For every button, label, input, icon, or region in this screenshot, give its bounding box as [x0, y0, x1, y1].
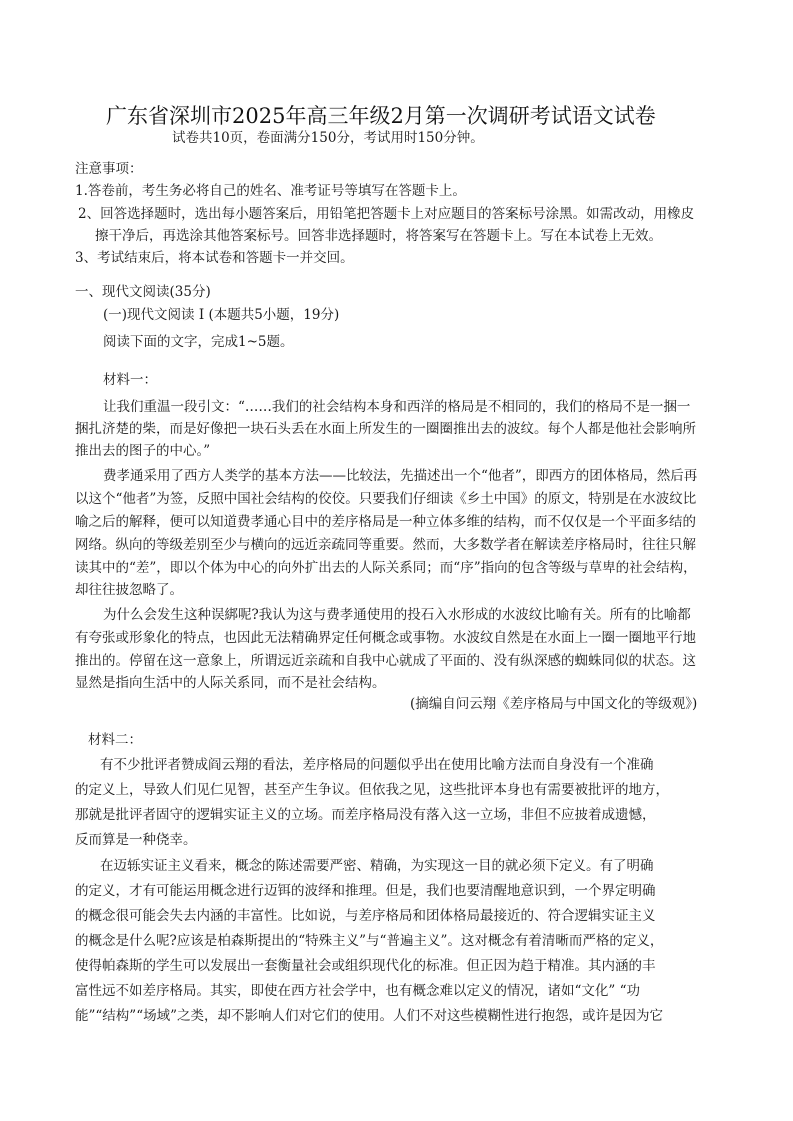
paragraph-line: 的定义，才有可能运用概念进行迈铒的波绎和推理。但是，我们也要清醒地意识到，一个界… — [75, 882, 656, 900]
paragraph-line: 能”“结构”“场域”之类，却不影响人们对它们的使用。人们不对这些模糊性进行抱怨，… — [75, 1007, 663, 1025]
paragraph-line: 推出的。停留在这一意象上，所谓远近亲疏和自我中心就成了平面的、没有纵深感的蜘蛛同… — [75, 652, 696, 670]
paragraph-line: 的概念很可能会失去内涵的丰富性。比如说，与差序格局和团体格局最接近的、符合逻辑实… — [75, 907, 656, 925]
paragraph-line: 的定义上，导致人们见仁见智，甚至产生争议。但依我之见，这些批评本身也有需要被批评… — [75, 781, 669, 799]
paragraph-line: 显然是指向生活中的人际关系同，而不是社会结构。 — [75, 674, 386, 692]
material-source: (摘编自问云翔《差序格局与中国文化的等级观》) — [410, 695, 697, 713]
paragraph-line: 以这个“他者”为签，反照中国社会结构的佼佼。只要我们仔细读《乡土中国》的原文，特… — [75, 490, 696, 508]
paragraph-line: 的概念是什么呢?应该是柏森斯提出的“特殊主义”与“普遍主义”。这对概念有着清晰而… — [75, 932, 663, 950]
notice-item: 3、考试结束后，将本试卷和答题卡一并交回。 — [75, 249, 354, 267]
paragraph-line: 那就是批评者固守的逻辑实证主义的立场。而差序格局没有落入这一立场，非但不应披着成… — [75, 806, 656, 824]
paragraph-line: 富性远不如差序格局。其实，即使在西方社会学中，也有概念难以定义的情况，诸如“文化… — [75, 982, 640, 1000]
paragraph-line: 为什么会发生这种误綁呢?我认为这与费孝通使用的投石入水形成的水波纹比喻有关。所有… — [103, 606, 691, 624]
section-heading: 一、现代文阅读(35分) — [75, 283, 211, 301]
material-label: 材料二： — [88, 731, 142, 749]
section-subheading: (一)现代文阅读 I (本题共5小题，19分) — [103, 306, 339, 324]
paragraph-line: 使得帕森斯的学生可以发展出一套衡量社会或组织现代化的标准。但正因为趋于精准。其内… — [75, 957, 656, 975]
paragraph-line: 喻之后的解释，便可以知道费孝通心目中的差序格局是一种立体多维的结构，而不仅仅是一… — [75, 513, 696, 531]
paragraph-line: 在迈轹实证主义看来，概念的陈述需要严密、精确，为实现这一目的就必须下定义。有了明… — [100, 857, 654, 875]
paragraph-line: 推出去的图子的中心。” — [75, 442, 210, 460]
notice-item: 1.答卷前，考生务必将自己的姓名、准考证号等填写在答题卡上。 — [75, 182, 466, 200]
paragraph-line: 捆扎济楚的柴，而是好像把一块石头丢在水面上所发生的一圈圈推出去的波纹。每个人都是… — [75, 420, 696, 438]
section-instruction: 阅读下面的文字，完成1~5题。 — [103, 333, 294, 351]
paragraph-line: 费孝通采用了西方人类学的基本方法——比较法，先描述出一个“他者”，即西方的团体格… — [103, 467, 697, 485]
notice-item: 2、回答选择题时，选出每小题答案后，用铅笔把答题卡上对应题目的答案标号涂黑。如需… — [78, 205, 694, 223]
notice-heading: 注意事项： — [75, 160, 143, 178]
paragraph-line: 让我们重温一段引文：“……我们的社会结构本身和西洋的格局是不相同的，我们的格局不… — [103, 398, 690, 416]
paragraph-line: 有不少批评者赞成阎云翔的看法，差序格局的问题似乎出在使用比喻方法而自身没有一个准… — [100, 756, 654, 774]
paragraph-line: 却往往披忽略了。 — [75, 581, 183, 599]
paragraph-line: 有夸张或形象化的特点，也因此无法精确界定任何概念或事物。水波纹自然是在水面上一圈… — [75, 629, 696, 647]
notice-item-continued: 擦干净后，再选涂其他答案标号。回答非选择题时，将答案写在答题卡上。写在本试卷上无… — [95, 227, 662, 245]
paragraph-line: 反而算是一种侥幸。 — [75, 831, 197, 849]
material-label: 材料一： — [103, 371, 157, 389]
paragraph-line: 网络。纵向的等级差别至少与横向的远近亲疏同等重要。然而，大多数学者在解读差序格局… — [75, 536, 696, 554]
exam-subtitle: 试卷共10页，卷面满分150分，考试用时150分钟。 — [172, 126, 484, 146]
paragraph-line: 读其中的“差”，即以个体为中心的向外扩出去的人际关系同；而“序”指向的包含等级与… — [75, 559, 697, 577]
